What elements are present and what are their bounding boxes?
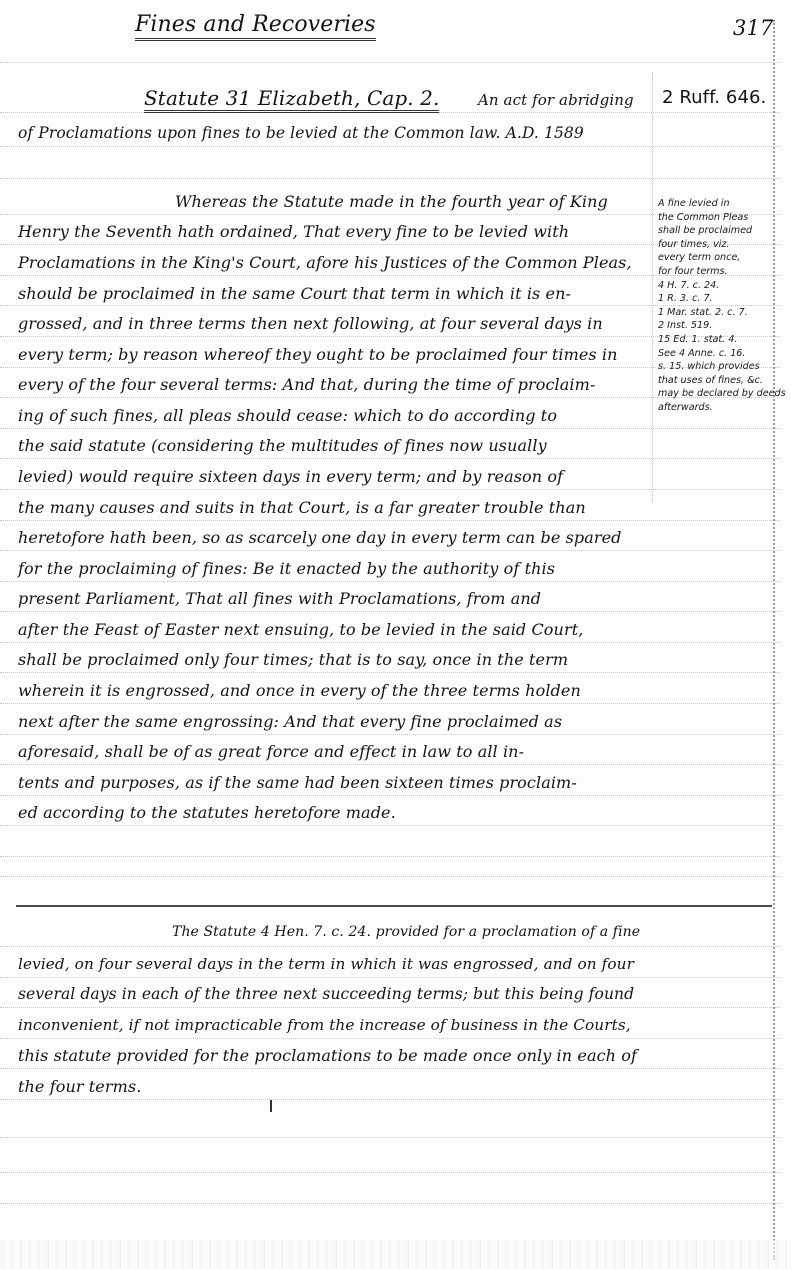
ruled-line [0, 1068, 780, 1069]
body-line: next after the same engrossing: And that… [18, 712, 562, 731]
ruled-line [0, 734, 780, 735]
ruled-line [0, 642, 780, 643]
ruled-line [0, 764, 780, 765]
ruled-line [0, 146, 780, 147]
ruled-line [0, 489, 780, 490]
body-line: tents and purposes, as if the same had b… [18, 773, 577, 792]
commentary-line: this statute provided for the proclamati… [18, 1046, 637, 1065]
margin-note-line: that uses of fines, &c. [658, 374, 778, 388]
body-line: ed according to the statutes heretofore … [18, 803, 396, 822]
ruled-line [0, 977, 780, 978]
margin-note-line: the Common Pleas [658, 211, 778, 225]
ruled-line [0, 703, 780, 704]
ruled-line [0, 876, 780, 877]
body-line: Whereas the Statute made in the fourth y… [175, 192, 608, 211]
body-line: the many causes and suits in that Court,… [18, 498, 586, 517]
statute-heading-tail: An act for abridging [478, 91, 634, 109]
margin-note-line: 1 R. 3. c. 7. [658, 292, 778, 306]
ruled-line [0, 1038, 780, 1039]
body-line: aforesaid, shall be of as great force an… [18, 742, 524, 761]
statute-heading: Statute 31 Elizabeth, Cap. 2. [144, 86, 439, 113]
margin-note-line: shall be proclaimed [658, 224, 778, 238]
body-line: should be proclaimed in the same Court t… [18, 284, 571, 303]
margin-note-line: A fine levied in [658, 197, 778, 211]
ruled-line [0, 611, 780, 612]
ledger-page: Fines and Recoveries 317 Statute 31 Eliz… [0, 0, 791, 1269]
ruled-line [0, 795, 780, 796]
body-line: levied) would require sixteen days in ev… [18, 467, 563, 486]
ruled-line [0, 672, 780, 673]
page-number: 317 [733, 16, 773, 40]
margin-note-line: may be declared by deeds [658, 387, 778, 401]
commentary-line: several days in each of the three next s… [18, 985, 634, 1003]
body-line: heretofore hath been, so as scarcely one… [18, 528, 622, 547]
ruled-line [0, 581, 780, 582]
commentary-line: The Statute 4 Hen. 7. c. 24. provided fo… [172, 924, 640, 940]
ruled-line [0, 1099, 780, 1100]
body-line: for the proclaiming of fines: Be it enac… [18, 559, 555, 578]
body-line: every of the four several terms: And tha… [18, 375, 595, 394]
section-divider [16, 905, 772, 907]
ruled-line [0, 428, 780, 429]
margin-note-line: afterwards. [658, 401, 778, 415]
ruled-line [0, 178, 780, 179]
ruled-line [0, 1203, 780, 1204]
margin-note-line: 1 Mar. stat. 2. c. 7. [658, 306, 778, 320]
ruled-line [0, 1007, 780, 1008]
ruled-line [0, 1137, 780, 1138]
margin-note-line: 2 Inst. 519. [658, 319, 778, 333]
commentary-line: inconvenient, if not impracticable from … [18, 1016, 631, 1034]
body-line: ing of such fines, all pleas should ceas… [18, 406, 557, 425]
ruled-line [0, 946, 780, 947]
ruled-line [0, 458, 780, 459]
body-line: every term; by reason whereof they ought… [18, 345, 618, 364]
margin-note-line: 4 H. 7. c. 24. [658, 279, 778, 293]
ruled-line [0, 856, 780, 857]
commentary-line: the four terms. [18, 1077, 141, 1096]
ink-mark [270, 1100, 272, 1112]
body-line: wherein it is engrossed, and once in eve… [18, 681, 581, 700]
margin-note-line: four times, viz. [658, 238, 778, 252]
statute-reference: 2 Ruff. 646. [662, 87, 766, 108]
scan-noise [0, 1240, 791, 1269]
ruled-line [0, 1172, 780, 1173]
margin-note-line: s. 15. which provides [658, 360, 778, 374]
commentary-line: levied, on four several days in the term… [18, 955, 634, 973]
margin-rule [652, 72, 653, 502]
margin-note-line: 15 Ed. 1. stat. 4. [658, 333, 778, 347]
body-line: the said statute (considering the multit… [18, 436, 547, 455]
body-line: shall be proclaimed only four times; tha… [18, 650, 568, 669]
body-line: after the Feast of Easter next ensuing, … [18, 620, 583, 639]
margin-note-line: See 4 Anne. c. 16. [658, 347, 778, 361]
ruled-line [0, 520, 780, 521]
ruled-line [0, 550, 780, 551]
body-line: grossed, and in three terms then next fo… [18, 314, 603, 333]
ruled-line [0, 825, 780, 826]
body-line: Henry the Seventh hath ordained, That ev… [18, 222, 569, 241]
margin-notes: A fine levied in the Common Pleas shall … [658, 197, 778, 415]
ruled-line [0, 62, 780, 63]
body-line: Proclamations in the King's Court, afore… [18, 253, 632, 272]
margin-note-line: every term once, [658, 251, 778, 265]
margin-note-line: for four terms. [658, 265, 778, 279]
page-title: Fines and Recoveries [135, 12, 376, 41]
body-line: present Parliament, That all fines with … [18, 589, 541, 608]
statute-heading-continued: of Proclamations upon fines to be levied… [18, 124, 584, 142]
